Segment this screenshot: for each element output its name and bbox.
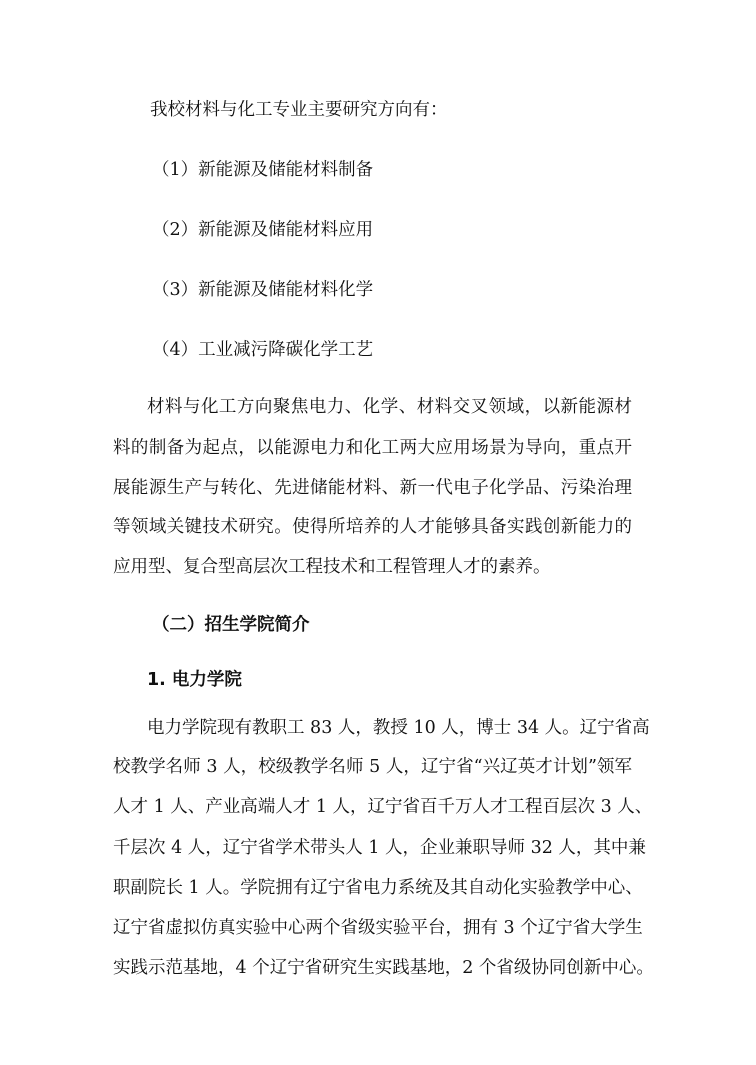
paragraph2-line-6: 辽宁省虚拟仿真实验中心两个省级实验平台，拥有 3 个辽宁省大学生 [113,917,632,939]
paragraph1-line-3: 展能源生产与转化、先进储能材料、新一代电子化学品、污染治理 [113,477,632,499]
paragraph2-line-7: 实践示范基地，4 个辽宁省研究生实践基地，2 个省级协同创新中心。 [113,957,632,979]
direction-item-1: （1）新能源及储能材料制备 [152,159,373,181]
section-heading: （二）招生学院简介 [152,614,310,636]
paragraph1-line-4: 等领域关键技术研究。使得所培养的人才能够具备实践创新能力的 [113,516,632,538]
direction-item-3: （3）新能源及储能材料化学 [152,279,373,301]
paragraph1-line-5: 应用型、复合型高层次工程技术和工程管理人才的素养。 [113,556,551,578]
subsection-heading: 1. 电力学院 [147,669,242,691]
paragraph2-line-5: 职副院长 1 人。学院拥有辽宁省电力系统及其自动化实验教学中心、 [113,877,632,899]
intro-text: 我校材料与化工专业主要研究方向有： [150,99,448,121]
paragraph2-line-4: 千层次 4 人，辽宁省学术带头人 1 人，企业兼职导师 32 人，其中兼 [113,837,632,859]
direction-item-4: （4）工业减污降碳化学工艺 [152,339,373,361]
paragraph2-line-2: 校教学名师 3 人，校级教学名师 5 人，辽宁省“兴辽英才计划”领军 [113,756,632,778]
paragraph2-line-3: 人才 1 人、产业高端人才 1 人，辽宁省百千万人才工程百层次 3 人、 [113,796,632,818]
direction-item-2: （2）新能源及储能材料应用 [152,219,373,241]
paragraph1-line-2: 料的制备为起点，以能源电力和化工两大应用场景为导向，重点开 [113,437,632,459]
paragraph1-line-1: 材料与化工方向聚焦电力、化学、材料交叉领域，以新能源材 [147,396,632,418]
paragraph2-line-1: 电力学院现有教职工 83 人，教授 10 人，博士 34 人。辽宁省高 [147,717,632,739]
